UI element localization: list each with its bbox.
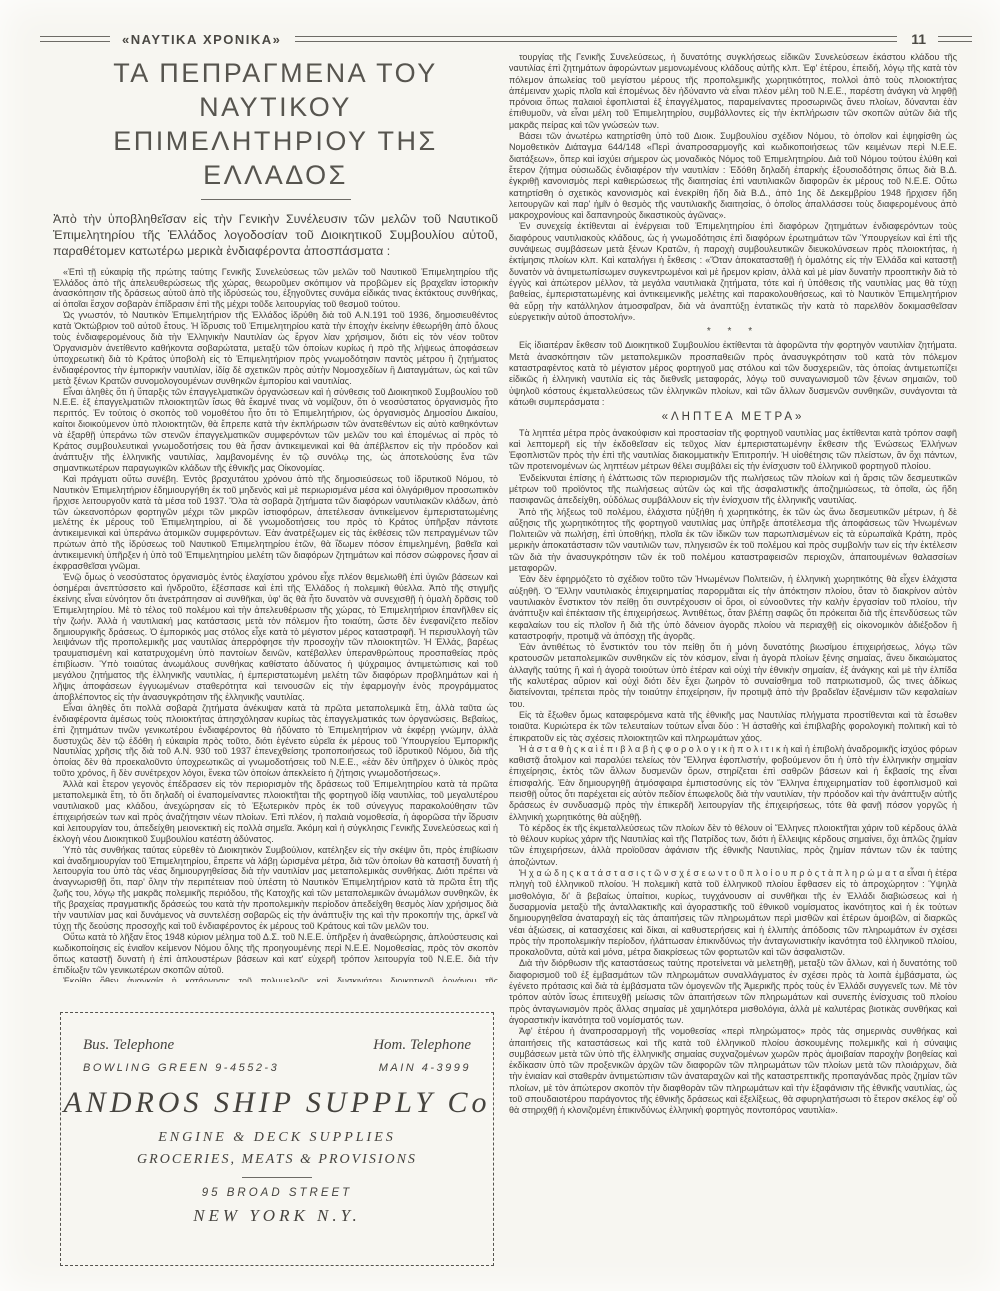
body-paragraph: Ὡς γνωστόν, τὸ Ναυτικὸν Ἐπιμελητήριον τῆ… xyxy=(53,310,498,386)
body-paragraph: Ἀπὸ τῆς λήξεως τοῦ πολέμου, ἐλάχιστα ηὐξ… xyxy=(509,507,957,575)
body-paragraph: Ἐὰν δὲν ἐφηρμόζετο τὸ σχέδιον τοῦτο τῶν … xyxy=(509,574,957,642)
masthead-rule-middle xyxy=(295,36,897,42)
body-paragraph: Εἰς ἰδιαιτέραν ἔκθεσιν τοῦ Διοικητικοῦ Σ… xyxy=(509,340,957,408)
masthead-rule-left xyxy=(40,36,110,42)
ad-city-address: NEW YORK N.Y. xyxy=(61,1206,493,1226)
body-paragraph: Εἰς τὰ ἔξωθεν ὅμως καταφερόμενα κατὰ τῆς… xyxy=(509,710,957,744)
headline-line-2: ΕΠΙΜΕΛΗΤΗΡΙΟΥ ΤΗΣ ΕΛΛΑΔΟΣ xyxy=(113,126,437,190)
advertisement-box: Bus. Telephone Hom. Telephone BOWLING GR… xyxy=(60,1012,494,1266)
body-paragraph: Καὶ πράγματι οὕτω συνέβη. Ἐντὸς βραχυτάτ… xyxy=(53,474,498,572)
body-paragraph: Οὕτω κατὰ τὸ λῆξαν ἔτος 1948 κύριον μέλη… xyxy=(53,932,498,976)
left-column-body: «Ἐπὶ τῇ εὐκαιρίᾳ τῆς πρώτης ταύτης Γενικ… xyxy=(53,267,498,982)
body-paragraph: Διὰ τὴν διόρθωσιν τῆς καταστάσεως ταύτης… xyxy=(509,958,957,1026)
ad-bus-telephone-number: BOWLING GREEN 9-4552-3 xyxy=(83,1062,279,1074)
ad-supplies-line: ENGINE & DECK SUPPLIES xyxy=(61,1130,493,1146)
body-paragraph: «Ἐπὶ τῇ εὐκαιρίᾳ τῆς πρώτης ταύτης Γενικ… xyxy=(53,267,498,311)
ad-hom-telephone-number: MAIN 4-3999 xyxy=(379,1062,471,1074)
body-paragraph: τουργίας τῆς Γενικῆς Συνελεύσεως, ἡ δυνα… xyxy=(509,52,957,131)
headline-line-1: ΤΑ ΠΕΠΡΑΓΜΕΝΑ ΤΟΥ ΝΑΥΤΙΚΟΥ xyxy=(113,58,438,122)
body-paragraph: Ὑπὸ τὰς συνθήκας ταύτας εὑρεθὲν τὸ Διοικ… xyxy=(53,845,498,932)
magazine-page: «ΝΑΥΤΙΚΑ ΧΡΟΝΙΚΑ» 11 ΤΑ ΠΕΠΡΑΓΜΕΝΑ ΤΟΥ Ν… xyxy=(0,0,1000,1291)
body-paragraph: Εἶναι ἀληθὲς ὅτι ἡ ὕπαρξις τῶν ἐπαγγελμα… xyxy=(53,387,498,474)
body-paragraph: Ἀλλὰ καὶ ἕτερον γεγονὸς ἐπέδρασεν εἰς τὸ… xyxy=(53,779,498,844)
ad-street-address: 95 BROAD STREET xyxy=(61,1187,493,1199)
body-paragraph: Ἐνδείκνυται ἐπίσης ἡ ἐλάττωσις τῶν περιο… xyxy=(509,473,957,507)
masthead: «ΝΑΥΤΙΚΑ ΧΡΟΝΙΚΑ» 11 xyxy=(40,30,972,48)
asterisk-separator: * * * xyxy=(509,326,957,337)
section-subheading: «ΛΗΠΤΕΑ ΜΕΤΡΑ» xyxy=(509,412,957,423)
body-paragraph: Βάσει τῶν ἀνωτέρω κατηρτίσθη ὑπὸ τοῦ Διο… xyxy=(509,131,957,221)
page-number: 11 xyxy=(911,31,926,47)
masthead-rule-right xyxy=(938,36,972,42)
left-column: ΤΑ ΠΕΠΡΑΓΜΕΝΑ ΤΟΥ ΝΑΥΤΙΚΟΥ ΕΠΙΜΕΛΗΤΗΡΙΟΥ… xyxy=(53,56,498,982)
right-column: τουργίας τῆς Γενικῆς Συνελεύσεως, ἡ δυνα… xyxy=(509,52,957,1260)
ad-company-name: ANDROS SHIP SUPPLY Co xyxy=(61,1086,493,1120)
right-paragraphs-bottom: Τὰ ληπτέα μέτρα πρὸς ἀνακούφισιν καὶ προ… xyxy=(509,428,957,1117)
ad-divider-rule xyxy=(242,1177,312,1178)
ad-hom-telephone-label: Hom. Telephone xyxy=(373,1037,471,1054)
article-intro: Ἀπὸ τὴν ὑποβληθεῖσαν εἰς τὴν Γενικὴν Συν… xyxy=(53,211,498,260)
body-paragraph: Ἐκρίθη ὅθεν ἀναγκαία ἡ κατάργησις τοῦ πο… xyxy=(53,976,498,982)
ad-bus-telephone-label: Bus. Telephone xyxy=(83,1037,174,1054)
article-headline: ΤΑ ΠΕΠΡΑΓΜΕΝΑ ΤΟΥ ΝΑΥΤΙΚΟΥ ΕΠΙΜΕΛΗΤΗΡΙΟΥ… xyxy=(53,56,498,192)
right-paragraphs-top: τουργίας τῆς Γενικῆς Συνελεύσεως, ἡ δυνα… xyxy=(509,52,957,323)
body-paragraph: Ἐν συνεχείᾳ ἐκτίθενται αἱ ἐνέργειαι τοῦ … xyxy=(509,221,957,323)
right-paragraphs-mid: Εἰς ἰδιαιτέραν ἔκθεσιν τοῦ Διοικητικοῦ Σ… xyxy=(509,340,957,408)
right-column-body: τουργίας τῆς Γενικῆς Συνελεύσεως, ἡ δυνα… xyxy=(509,52,957,1117)
body-paragraph: Εἶναι ἀληθὲς ὅτι πολλὰ σοβαρὰ ζητήματα ἀ… xyxy=(53,703,498,779)
headline-underline xyxy=(201,199,351,200)
body-paragraph: Ἡ ἀ σ τ α θ ὴ ς κ α ὶ ἐ π ι β λ α β ὴ ς … xyxy=(509,744,957,823)
body-paragraph: Ἀφ' ἑτέρου ἡ ἀναπροσαρμογὴ τῆς νομοθεσία… xyxy=(509,1026,957,1116)
magazine-title: «ΝΑΥΤΙΚΑ ΧΡΟΝΙΚΑ» xyxy=(122,32,281,47)
body-paragraph: Ἡ χ α ώ δ η ς κ α τ ά σ τ α σ ι ς τ ῶ ν … xyxy=(509,868,957,958)
body-paragraph: Τὸ κέρδος ἐκ τῆς ἐκμεταλλεύσεως τῶν πλοί… xyxy=(509,823,957,868)
ad-provisions-line: GROCERIES, MEATS & PROVISIONS xyxy=(61,1152,493,1168)
body-paragraph: Ἐὰν ἀντιθέτως τὸ ἔνστικτόν του τὸν πείθῃ… xyxy=(509,642,957,710)
ad-telephone-numbers: BOWLING GREEN 9-4552-3 MAIN 4-3999 xyxy=(61,1062,493,1074)
ad-telephone-labels: Bus. Telephone Hom. Telephone xyxy=(61,1037,493,1054)
body-paragraph: Τὰ ληπτέα μέτρα πρὸς ἀνακούφισιν καὶ προ… xyxy=(509,428,957,473)
body-paragraph: Ἐνῷ ὅμως ὁ νεοσύστατος ὀργανισμὸς ἐντὸς … xyxy=(53,572,498,703)
